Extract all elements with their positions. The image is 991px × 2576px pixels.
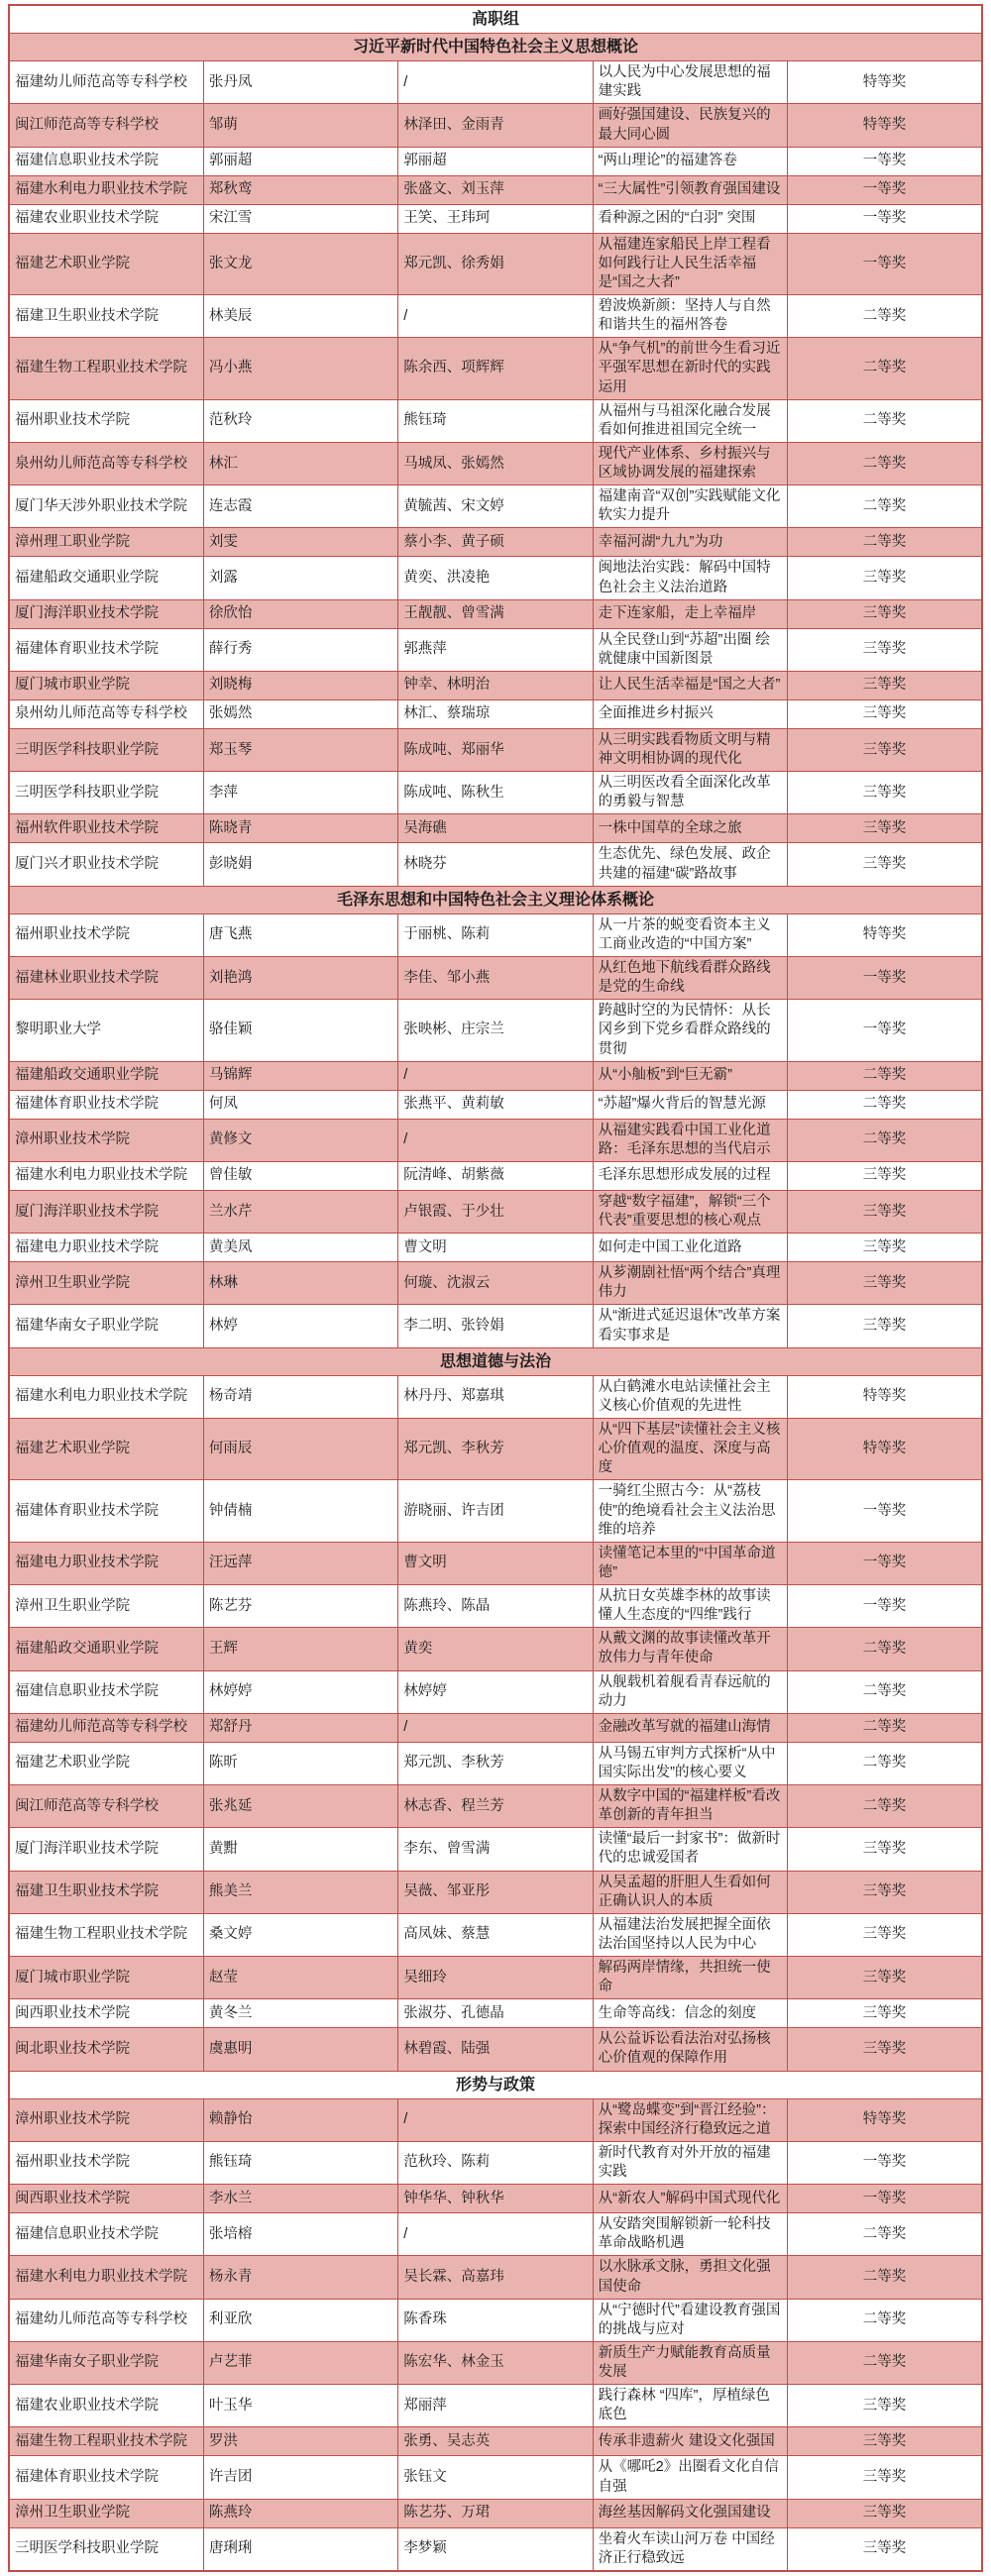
school-cell: 福建信息职业技术学院 xyxy=(9,1670,203,1713)
lead-author-cell: 利亚欣 xyxy=(203,2299,397,2341)
topic-cell: 从戴文渊的故事读懂改革开放伟力与青年使命 xyxy=(593,1628,787,1670)
award-cell: 二等奖 xyxy=(788,2341,982,2384)
topic-cell: 坐着火车读山河万卷 中国经济正行稳致远 xyxy=(593,2527,787,2571)
award-cell: 三等奖 xyxy=(788,1190,982,1233)
table-row: 福建水利电力职业技术学院杨永青吴长霖、高嘉玮以水脉承文脉，勇担文化强国使命二等奖 xyxy=(9,2256,982,2299)
table-row: 福州职业技术学院范秋玲熊钰琦从福州与马祖深化融合发展看如何推进祖国完全统一二等奖 xyxy=(9,399,982,442)
school-cell: 厦门海洋职业技术学院 xyxy=(9,599,203,628)
table-row: 泉州幼儿师范高等专科学校张嫣然林汇、蔡瑞琼全面推进乡村振兴三等奖 xyxy=(9,699,982,728)
school-cell: 福建幼儿师范高等专科学校 xyxy=(9,61,203,104)
topic-cell: 走下连家船，走上幸福岸 xyxy=(593,599,787,628)
coauthors-cell: 林丹丹、郑嘉琪 xyxy=(398,1375,593,1418)
school-cell: 漳州职业技术学院 xyxy=(9,2098,203,2141)
award-cell: 三等奖 xyxy=(788,843,982,886)
topic-cell: 从“新农人”解码中国式现代化 xyxy=(593,2185,787,2213)
topic-cell: 生态优先、绿色发展、政企共建的福建“碳”路故事 xyxy=(593,843,787,886)
topic-cell: 从“渐进式延迟退休”改革方案看实事求是 xyxy=(593,1305,787,1347)
lead-author-cell: 黄美凤 xyxy=(203,1234,397,1262)
topic-cell: 从三明实践看物质文明与精神文明相协调的现代化 xyxy=(593,728,787,771)
school-cell: 福建幼儿师范高等专科学校 xyxy=(9,1713,203,1742)
lead-author-cell: 徐欣怡 xyxy=(203,599,397,628)
award-cell: 三等奖 xyxy=(788,2499,982,2527)
group-title: 高职组 xyxy=(9,5,982,34)
lead-author-cell: 刘雯 xyxy=(203,528,397,557)
lead-author-cell: 熊钰琦 xyxy=(203,2141,397,2184)
school-cell: 泉州幼儿师范高等专科学校 xyxy=(9,699,203,728)
coauthors-cell: 曹文明 xyxy=(398,1234,593,1262)
topic-cell: 全面推进乡村振兴 xyxy=(593,699,787,728)
table-row: 厦门城市职业学院刘晓梅钟幸、林明治让人民生活幸福是“国之大者”三等奖 xyxy=(9,671,982,699)
school-cell: 福建水利电力职业技术学院 xyxy=(9,175,203,204)
school-cell: 三明医学科技职业学院 xyxy=(9,728,203,771)
coauthors-cell: 蔡小李、黄子硕 xyxy=(398,528,593,557)
topic-cell: 从福建连家船民上岸工程看如何践行让人民生活幸福是“国之大者” xyxy=(593,233,787,294)
coauthors-cell: 张盛文、刘玉萍 xyxy=(398,175,593,204)
lead-author-cell: 林汇 xyxy=(203,442,397,484)
table-row: 福建幼儿师范高等专科学校郑舒丹/金融改革写就的福建山海情二等奖 xyxy=(9,1713,982,1742)
school-cell: 三明医学科技职业学院 xyxy=(9,2527,203,2571)
award-cell: 一等奖 xyxy=(788,2185,982,2213)
lead-author-cell: 杨永青 xyxy=(203,2256,397,2299)
award-cell: 三等奖 xyxy=(788,2028,982,2071)
award-cell: 二等奖 xyxy=(788,338,982,399)
topic-cell: 践行森林 “四库”，厚植绿色底色 xyxy=(593,2385,787,2427)
lead-author-cell: 兰水芹 xyxy=(203,1190,397,1233)
table-row: 漳州职业技术学院赖静怡/从“鹭岛蝶变”到“晋江经验”：探索中国经济行稳致远之道特… xyxy=(9,2098,982,2141)
award-cell: 二等奖 xyxy=(788,1061,982,1090)
topic-cell: 从“四下基层”读懂社会主义核心价值观的温度、深度与高度 xyxy=(593,1419,787,1480)
coauthors-cell: 王笑、王玮珂 xyxy=(398,204,593,233)
lead-author-cell: 李萍 xyxy=(203,772,397,814)
school-cell: 福建船政交通职业学院 xyxy=(9,557,203,599)
table-row: 福建体育职业技术学院何凤张燕平、黄莉敏“苏超”爆火背后的智慧光源二等奖 xyxy=(9,1090,982,1119)
lead-author-cell: 许吉团 xyxy=(203,2456,397,2499)
coauthors-cell: 陈燕玲、陈晶 xyxy=(398,1585,593,1628)
topic-cell: 从马锡五审判方式探析“从中国实际出发”的核心要义 xyxy=(593,1742,787,1784)
award-cell: 三等奖 xyxy=(788,1871,982,1913)
topic-cell: “两山理论”的福建答卷 xyxy=(593,147,787,175)
coauthors-cell: 李东、曾雪满 xyxy=(398,1828,593,1871)
coauthors-cell: 于丽桃、陈莉 xyxy=(398,913,593,956)
lead-author-cell: 彭晓娟 xyxy=(203,843,397,886)
topic-cell: 从《哪吒2》出圈看文化自信自强 xyxy=(593,2456,787,2499)
coauthors-cell: 李梦颖 xyxy=(398,2527,593,2571)
topic-cell: 从“鹭岛蝶变”到“晋江经验”：探索中国经济行稳致远之道 xyxy=(593,2098,787,2141)
lead-author-cell: 杨奇靖 xyxy=(203,1375,397,1418)
lead-author-cell: 刘露 xyxy=(203,557,397,599)
award-cell: 三等奖 xyxy=(788,2456,982,2499)
coauthors-cell: 吴细玲 xyxy=(398,1957,593,1999)
lead-author-cell: 马锦辉 xyxy=(203,1061,397,1090)
award-cell: 一等奖 xyxy=(788,2141,982,2184)
topic-cell: 从一片茶的蜕变看资本主义工商业改造的“中国方案” xyxy=(593,913,787,956)
coauthors-cell: / xyxy=(398,2213,593,2256)
school-cell: 福建体育职业技术学院 xyxy=(9,1090,203,1119)
coauthors-cell: 阮清峰、胡紫薇 xyxy=(398,1161,593,1190)
topic-cell: 从福州与马祖深化融合发展看如何推进祖国完全统一 xyxy=(593,399,787,442)
table-row: 福建水利电力职业技术学院杨奇靖林丹丹、郑嘉琪从白鹤滩水电站读懂社会主义核心价值观… xyxy=(9,1375,982,1418)
topic-cell: 毛泽东思想形成发展的过程 xyxy=(593,1161,787,1190)
coauthors-cell: 林碧霞、陆强 xyxy=(398,2028,593,2071)
topic-cell: 从芗潮剧社悟“两个结合”真理伟力 xyxy=(593,1262,787,1305)
topic-cell: 金融改革写就的福建山海情 xyxy=(593,1713,787,1742)
topic-cell: 从抗日女英雄李林的故事读懂人生态度的“四维”践行 xyxy=(593,1585,787,1628)
coauthors-cell: / xyxy=(398,295,593,338)
lead-author-cell: 黄黚 xyxy=(203,1828,397,1871)
lead-author-cell: 陈晓青 xyxy=(203,814,397,843)
award-cell: 三等奖 xyxy=(788,1957,982,1999)
school-cell: 福建体育职业技术学院 xyxy=(9,2456,203,2499)
award-cell: 二等奖 xyxy=(788,1670,982,1713)
lead-author-cell: 叶玉华 xyxy=(203,2385,397,2427)
table-row: 福州职业技术学院唐飞燕于丽桃、陈莉从一片茶的蜕变看资本主义工商业改造的“中国方案… xyxy=(9,913,982,956)
table-row: 福建卫生职业技术学院熊美兰吴薇、邹亚彤从吴孟超的肝胆人生看如何正确认识人的本质三… xyxy=(9,1871,982,1913)
award-cell: 二等奖 xyxy=(788,1090,982,1119)
table-row: 福建电力职业技术学院汪远萍曹文明读懂笔记本里的“中国革命道德”一等奖 xyxy=(9,1542,982,1584)
lead-author-cell: 张文龙 xyxy=(203,233,397,294)
topic-cell: “三大属性”引领教育强国建设 xyxy=(593,175,787,204)
award-cell: 三等奖 xyxy=(788,728,982,771)
group-header-row: 高职组 xyxy=(9,5,982,34)
award-cell: 一等奖 xyxy=(788,957,982,1000)
table-row: 三明医学科技职业学院郑玉琴陈成吨、郑丽华从三明实践看物质文明与精神文明相协调的现… xyxy=(9,728,982,771)
topic-cell: 从舰载机着舰看青春远航的动力 xyxy=(593,1670,787,1713)
coauthors-cell: 李佳、邹小燕 xyxy=(398,957,593,1000)
topic-cell: 穿越“数字福建”，解锁“三个代表”重要思想的核心观点 xyxy=(593,1190,787,1233)
award-cell: 一等奖 xyxy=(788,204,982,233)
section-header-row: 习近平新时代中国特色社会主义思想概论 xyxy=(9,34,982,61)
topic-cell: 跨越时空的为民情怀：从长冈乡到下党乡看群众路线的贯彻 xyxy=(593,1000,787,1061)
section-header-row: 毛泽东思想和中国特色社会主义理论体系概论 xyxy=(9,886,982,913)
school-cell: 福建林业职业技术学院 xyxy=(9,957,203,1000)
coauthors-cell: 林晓芬 xyxy=(398,843,593,886)
table-row: 福建电力职业技术学院黄美凤曹文明如何走中国工业化道路三等奖 xyxy=(9,1234,982,1262)
coauthors-cell: 林志香、程兰芳 xyxy=(398,1785,593,1828)
coauthors-cell: 陈香珠 xyxy=(398,2299,593,2341)
lead-author-cell: 何雨辰 xyxy=(203,1419,397,1480)
coauthors-cell: 郭燕萍 xyxy=(398,628,593,671)
table-row: 漳州卫生职业学院陈燕玲陈艺芬、万珺海丝基因解码文化强国建设三等奖 xyxy=(9,2499,982,2527)
table-row: 福建华南女子职业学院卢艺菲陈宏华、林金玉新质生产力赋能教育高质量发展二等奖 xyxy=(9,2341,982,2384)
school-cell: 厦门兴才职业技术学院 xyxy=(9,843,203,886)
table-row: 福建船政交通职业学院刘露黄奕、洪凌艳闽地法治实践：解码中国特色社会主义法治道路三… xyxy=(9,557,982,599)
lead-author-cell: 熊美兰 xyxy=(203,1871,397,1913)
table-row: 漳州卫生职业学院陈艺芬陈燕玲、陈晶从抗日女英雄李林的故事读懂人生态度的“四维”践… xyxy=(9,1585,982,1628)
award-cell: 三等奖 xyxy=(788,1828,982,1871)
coauthors-cell: 郑元凯、李秋芳 xyxy=(398,1742,593,1784)
lead-author-cell: 邹萌 xyxy=(203,104,397,147)
school-cell: 厦门海洋职业技术学院 xyxy=(9,1828,203,1871)
award-cell: 特等奖 xyxy=(788,2098,982,2141)
award-cell: 二等奖 xyxy=(788,1628,982,1670)
table-row: 福建卫生职业技术学院林美辰/碧波焕新颜：坚持人与自然和谐共生的福州答卷二等奖 xyxy=(9,295,982,338)
topic-cell: 新时代教育对外开放的福建实践 xyxy=(593,2141,787,2184)
lead-author-cell: 郑秋鸾 xyxy=(203,175,397,204)
table-row: 漳州职业技术学院黄修文/从福建实践看中国工业化道路：毛泽东思想的当代启示二等奖 xyxy=(9,1119,982,1161)
table-row: 福建船政交通职业学院马锦辉/从“小舢板”到“巨无霸”二等奖 xyxy=(9,1061,982,1090)
topic-cell: 从红色地下航线看群众路线是党的生命线 xyxy=(593,957,787,1000)
school-cell: 黎明职业大学 xyxy=(9,1000,203,1061)
school-cell: 厦门城市职业学院 xyxy=(9,671,203,699)
coauthors-cell: 陈余西、项辉辉 xyxy=(398,338,593,399)
table-row: 闽西职业技术学院李水兰钟华华、钟秋华从“新农人”解码中国式现代化一等奖 xyxy=(9,2185,982,2213)
lead-author-cell: 刘艳鸿 xyxy=(203,957,397,1000)
award-cell: 二等奖 xyxy=(788,295,982,338)
coauthors-cell: 林汇、蔡瑞琼 xyxy=(398,699,593,728)
school-cell: 三明医学科技职业学院 xyxy=(9,772,203,814)
school-cell: 闽江师范高等专科学校 xyxy=(9,104,203,147)
lead-author-cell: 冯小燕 xyxy=(203,338,397,399)
table-row: 福州职业技术学院熊钰琦范秋玲、陈莉新时代教育对外开放的福建实践一等奖 xyxy=(9,2141,982,2184)
table-row: 福建船政交通职业学院王辉黄奕从戴文渊的故事读懂改革开放伟力与青年使命二等奖 xyxy=(9,1628,982,1670)
coauthors-cell: 陈成吨、郑丽华 xyxy=(398,728,593,771)
coauthors-cell: / xyxy=(398,2098,593,2141)
lead-author-cell: 林婷婷 xyxy=(203,1670,397,1713)
award-list-document: 高职组 习近平新时代中国特色社会主义思想概论福建幼儿师范高等专科学校张丹凤/以人… xyxy=(0,0,991,2576)
award-cell: 一等奖 xyxy=(788,233,982,294)
award-cell: 二等奖 xyxy=(788,1713,982,1742)
coauthors-cell: 高凤妹、蔡慧 xyxy=(398,1913,593,1956)
school-cell: 福建幼儿师范高等专科学校 xyxy=(9,2299,203,2341)
school-cell: 福建艺术职业学院 xyxy=(9,233,203,294)
school-cell: 福建华南女子职业学院 xyxy=(9,2341,203,2384)
lead-author-cell: 黄冬兰 xyxy=(203,1999,397,2028)
award-cell: 三等奖 xyxy=(788,814,982,843)
topic-cell: 生命等高线：信念的刻度 xyxy=(593,1999,787,2028)
lead-author-cell: 薛行秀 xyxy=(203,628,397,671)
table-row: 福建水利电力职业技术学院郑秋鸾张盛文、刘玉萍“三大属性”引领教育强国建设一等奖 xyxy=(9,175,982,204)
table-row: 闽西职业技术学院黄冬兰张淑芬、孔德晶生命等高线：信念的刻度三等奖 xyxy=(9,1999,982,2028)
table-row: 厦门海洋职业技术学院黄黚李东、曾雪满读懂“最后一封家书”：做新时代的忠诚爱国者三… xyxy=(9,1828,982,1871)
award-cell: 二等奖 xyxy=(788,2256,982,2299)
topic-cell: 从三明医改看全面深化改革的勇毅与智慧 xyxy=(593,772,787,814)
school-cell: 漳州卫生职业学院 xyxy=(9,1585,203,1628)
award-cell: 特等奖 xyxy=(788,1375,982,1418)
lead-author-cell: 张嫣然 xyxy=(203,699,397,728)
table-row: 福建艺术职业学院陈昕郑元凯、李秋芳从马锡五审判方式探析“从中国实际出发”的核心要… xyxy=(9,1742,982,1784)
table-row: 福建体育职业技术学院许吉团张钰文从《哪吒2》出圈看文化自信自强三等奖 xyxy=(9,2456,982,2499)
lead-author-cell: 张兆延 xyxy=(203,1785,397,1828)
topic-cell: 读懂笔记本里的“中国革命道德” xyxy=(593,1542,787,1584)
lead-author-cell: 钟倩楠 xyxy=(203,1480,397,1542)
topic-cell: 画好强国建设、民族复兴的最大同心圆 xyxy=(593,104,787,147)
coauthors-cell: 曹文明 xyxy=(398,1542,593,1584)
topic-cell: 从全民登山到“苏超”出圈 绘就健康中国新图景 xyxy=(593,628,787,671)
award-cell: 特等奖 xyxy=(788,913,982,956)
school-cell: 福建农业职业技术学院 xyxy=(9,204,203,233)
award-cell: 三等奖 xyxy=(788,2427,982,2456)
lead-author-cell: 骆佳颖 xyxy=(203,1000,397,1061)
topic-cell: 海丝基因解码文化强国建设 xyxy=(593,2499,787,2527)
coauthors-cell: 张映彬、庄宗兰 xyxy=(398,1000,593,1061)
award-cell: 二等奖 xyxy=(788,399,982,442)
table-row: 福建幼儿师范高等专科学校张丹凤/以人民为中心发展思想的福建实践特等奖 xyxy=(9,61,982,104)
coauthors-cell: 黄奕 xyxy=(398,1628,593,1670)
topic-cell: 从数字中国的“福建样板”看改革创新的青年担当 xyxy=(593,1785,787,1828)
coauthors-cell: 吴长霖、高嘉玮 xyxy=(398,2256,593,2299)
lead-author-cell: 陈艺芬 xyxy=(203,1585,397,1628)
coauthors-cell: 林泽田、金雨青 xyxy=(398,104,593,147)
topic-cell: 以水脉承文脉，勇担文化强国使命 xyxy=(593,2256,787,2299)
award-cell: 三等奖 xyxy=(788,1913,982,1956)
lead-author-cell: 刘晓梅 xyxy=(203,671,397,699)
coauthors-cell: 何璇、沈淑云 xyxy=(398,1262,593,1305)
award-cell: 二等奖 xyxy=(788,1742,982,1784)
table-row: 厦门城市职业学院赵莹吴细玲解码两岸情缘，共担统一使命三等奖 xyxy=(9,1957,982,1999)
school-cell: 福州软件职业技术学院 xyxy=(9,814,203,843)
table-row: 三明医学科技职业学院唐琍琍李梦颖坐着火车读山河万卷 中国经济正行稳致远三等奖 xyxy=(9,2527,982,2571)
topic-cell: 现代产业体系、乡村振兴与区域协调发展的福建探索 xyxy=(593,442,787,484)
school-cell: 福州职业技术学院 xyxy=(9,399,203,442)
topic-cell: 从公益诉讼看法治对弘扬核心价值观的保障作用 xyxy=(593,2028,787,2071)
award-cell: 二等奖 xyxy=(788,2299,982,2341)
lead-author-cell: 虞惠明 xyxy=(203,2028,397,2071)
coauthors-cell: 熊钰琦 xyxy=(398,399,593,442)
coauthors-cell: 黄奕、洪凌艳 xyxy=(398,557,593,599)
awards-table-body: 高职组 习近平新时代中国特色社会主义思想概论福建幼儿师范高等专科学校张丹凤/以人… xyxy=(9,5,982,2571)
school-cell: 漳州卫生职业学院 xyxy=(9,2499,203,2527)
coauthors-cell: 王靓靓、曾雪满 xyxy=(398,599,593,628)
lead-author-cell: 赵莹 xyxy=(203,1957,397,1999)
table-row: 福建农业职业技术学院宋江雪王笑、王玮珂看种源之困的“白羽” 突围一等奖 xyxy=(9,204,982,233)
school-cell: 福建水利电力职业技术学院 xyxy=(9,2256,203,2299)
topic-cell: 从吴孟超的肝胆人生看如何正确认识人的本质 xyxy=(593,1871,787,1913)
award-cell: 三等奖 xyxy=(788,599,982,628)
lead-author-cell: 林美辰 xyxy=(203,295,397,338)
topic-cell: 从安踏突围解锁新一轮科技革命战略机遇 xyxy=(593,2213,787,2256)
school-cell: 福建船政交通职业学院 xyxy=(9,1628,203,1670)
school-cell: 福州职业技术学院 xyxy=(9,2141,203,2184)
lead-author-cell: 唐飞燕 xyxy=(203,913,397,956)
coauthors-cell: 陈宏华、林金玉 xyxy=(398,2341,593,2384)
lead-author-cell: 林琳 xyxy=(203,1262,397,1305)
school-cell: 福建卫生职业技术学院 xyxy=(9,295,203,338)
coauthors-cell: / xyxy=(398,1713,593,1742)
award-cell: 一等奖 xyxy=(788,1585,982,1628)
table-row: 福建信息职业技术学院郭丽超郭丽超“两山理论”的福建答卷一等奖 xyxy=(9,147,982,175)
table-row: 泉州幼儿师范高等专科学校林汇马城凤、张嫣然现代产业体系、乡村振兴与区域协调发展的… xyxy=(9,442,982,484)
topic-cell: 读懂“最后一封家书”：做新时代的忠诚爱国者 xyxy=(593,1828,787,1871)
coauthors-cell: 吴海礁 xyxy=(398,814,593,843)
lead-author-cell: 范秋玲 xyxy=(203,399,397,442)
topic-cell: 碧波焕新颜：坚持人与自然和谐共生的福州答卷 xyxy=(593,295,787,338)
table-row: 厦门海洋职业技术学院兰水芹卢银霞、于少壮穿越“数字福建”，解锁“三个代表”重要思… xyxy=(9,1190,982,1233)
award-cell: 三等奖 xyxy=(788,1262,982,1305)
school-cell: 福建水利电力职业技术学院 xyxy=(9,1375,203,1418)
school-cell: 福建体育职业技术学院 xyxy=(9,628,203,671)
school-cell: 福建艺术职业学院 xyxy=(9,1419,203,1480)
award-cell: 一等奖 xyxy=(788,1542,982,1584)
table-row: 福建艺术职业学院何雨辰郑元凯、李秋芳从“四下基层”读懂社会主义核心价值观的温度、… xyxy=(9,1419,982,1480)
table-row: 福建生物工程职业技术学院罗洪张勇、吴志英传承非遗薪火 建设文化强国三等奖 xyxy=(9,2427,982,2456)
school-cell: 福建信息职业技术学院 xyxy=(9,147,203,175)
table-row: 福建信息职业技术学院林婷婷林婷婷从舰载机着舰看青春远航的动力二等奖 xyxy=(9,1670,982,1713)
coauthors-cell: 张勇、吴志英 xyxy=(398,2427,593,2456)
school-cell: 厦门海洋职业技术学院 xyxy=(9,1190,203,1233)
award-cell: 二等奖 xyxy=(788,442,982,484)
table-row: 福建生物工程职业技术学院冯小燕陈余西、项辉辉从“争气机”的前世今生看习近平强军思… xyxy=(9,338,982,399)
topic-cell: 新质生产力赋能教育高质量发展 xyxy=(593,2341,787,2384)
table-row: 闽北职业技术学院虞惠明林碧霞、陆强从公益诉讼看法治对弘扬核心价值观的保障作用三等… xyxy=(9,2028,982,2071)
topic-cell: 幸福河湖“九九”为功 xyxy=(593,528,787,557)
school-cell: 闽西职业技术学院 xyxy=(9,2185,203,2213)
award-cell: 三等奖 xyxy=(788,699,982,728)
coauthors-cell: / xyxy=(398,1061,593,1090)
section-header-row: 思想道德与法治 xyxy=(9,1347,982,1375)
lead-author-cell: 林婷 xyxy=(203,1305,397,1347)
topic-cell: 一株中国草的全球之旅 xyxy=(593,814,787,843)
lead-author-cell: 汪远萍 xyxy=(203,1542,397,1584)
award-cell: 特等奖 xyxy=(788,1419,982,1480)
award-cell: 三等奖 xyxy=(788,1234,982,1262)
lead-author-cell: 陈燕玲 xyxy=(203,2499,397,2527)
school-cell: 漳州卫生职业学院 xyxy=(9,1262,203,1305)
award-cell: 一等奖 xyxy=(788,147,982,175)
lead-author-cell: 连志霞 xyxy=(203,485,397,528)
award-cell: 二等奖 xyxy=(788,2213,982,2256)
coauthors-cell: 张钰文 xyxy=(398,2456,593,2499)
coauthors-cell: 钟幸、林明治 xyxy=(398,671,593,699)
coauthors-cell: 吴薇、邹亚彤 xyxy=(398,1871,593,1913)
coauthors-cell: 郑元凯、李秋芳 xyxy=(398,1419,593,1480)
school-cell: 福建生物工程职业技术学院 xyxy=(9,2427,203,2456)
table-row: 漳州卫生职业学院林琳何璇、沈淑云从芗潮剧社悟“两个结合”真理伟力三等奖 xyxy=(9,1262,982,1305)
award-cell: 一等奖 xyxy=(788,1000,982,1061)
coauthors-cell: 陈成吨、陈秋生 xyxy=(398,772,593,814)
award-cell: 三等奖 xyxy=(788,2385,982,2427)
topic-cell: 传承非遗薪火 建设文化强国 xyxy=(593,2427,787,2456)
lead-author-cell: 张丹凤 xyxy=(203,61,397,104)
award-cell: 一等奖 xyxy=(788,1480,982,1542)
lead-author-cell: 桑文婷 xyxy=(203,1913,397,1956)
coauthors-cell: 黄毓茜、宋文婷 xyxy=(398,485,593,528)
coauthors-cell: 钟华华、钟秋华 xyxy=(398,2185,593,2213)
school-cell: 闽江师范高等专科学校 xyxy=(9,1785,203,1828)
lead-author-cell: 李水兰 xyxy=(203,2185,397,2213)
school-cell: 泉州幼儿师范高等专科学校 xyxy=(9,442,203,484)
topic-cell: 从“小舢板”到“巨无霸” xyxy=(593,1061,787,1090)
section-title: 习近平新时代中国特色社会主义思想概论 xyxy=(9,34,982,61)
award-cell: 三等奖 xyxy=(788,772,982,814)
coauthors-cell: 卢银霞、于少壮 xyxy=(398,1190,593,1233)
topic-cell: 从“争气机”的前世今生看习近平强军思想在新时代的实践运用 xyxy=(593,338,787,399)
coauthors-cell: 张燕平、黄莉敏 xyxy=(398,1090,593,1119)
school-cell: 福建电力职业技术学院 xyxy=(9,1234,203,1262)
table-row: 漳州理工职业学院刘雯蔡小李、黄子硕幸福河湖“九九”为功二等奖 xyxy=(9,528,982,557)
section-header-row: 形势与政策 xyxy=(9,2071,982,2098)
table-row: 厦门海洋职业技术学院徐欣怡王靓靓、曾雪满走下连家船，走上幸福岸三等奖 xyxy=(9,599,982,628)
lead-author-cell: 陈昕 xyxy=(203,1742,397,1784)
school-cell: 福建船政交通职业学院 xyxy=(9,1061,203,1090)
lead-author-cell: 黄修文 xyxy=(203,1119,397,1161)
school-cell: 厦门城市职业学院 xyxy=(9,1957,203,1999)
school-cell: 福建生物工程职业技术学院 xyxy=(9,338,203,399)
award-cell: 一等奖 xyxy=(788,175,982,204)
school-cell: 闽北职业技术学院 xyxy=(9,2028,203,2071)
table-row: 厦门兴才职业技术学院彭晓娟林晓芬生态优先、绿色发展、政企共建的福建“碳”路故事三… xyxy=(9,843,982,886)
award-cell: 二等奖 xyxy=(788,1785,982,1828)
lead-author-cell: 郭丽超 xyxy=(203,147,397,175)
coauthors-cell: 郑丽萍 xyxy=(398,2385,593,2427)
school-cell: 福建华南女子职业学院 xyxy=(9,1305,203,1347)
school-cell: 福建体育职业技术学院 xyxy=(9,1480,203,1542)
award-cell: 三等奖 xyxy=(788,628,982,671)
lead-author-cell: 王辉 xyxy=(203,1628,397,1670)
award-cell: 二等奖 xyxy=(788,528,982,557)
lead-author-cell: 郑舒丹 xyxy=(203,1713,397,1742)
lead-author-cell: 郑玉琴 xyxy=(203,728,397,771)
coauthors-cell: 范秋玲、陈莉 xyxy=(398,2141,593,2184)
